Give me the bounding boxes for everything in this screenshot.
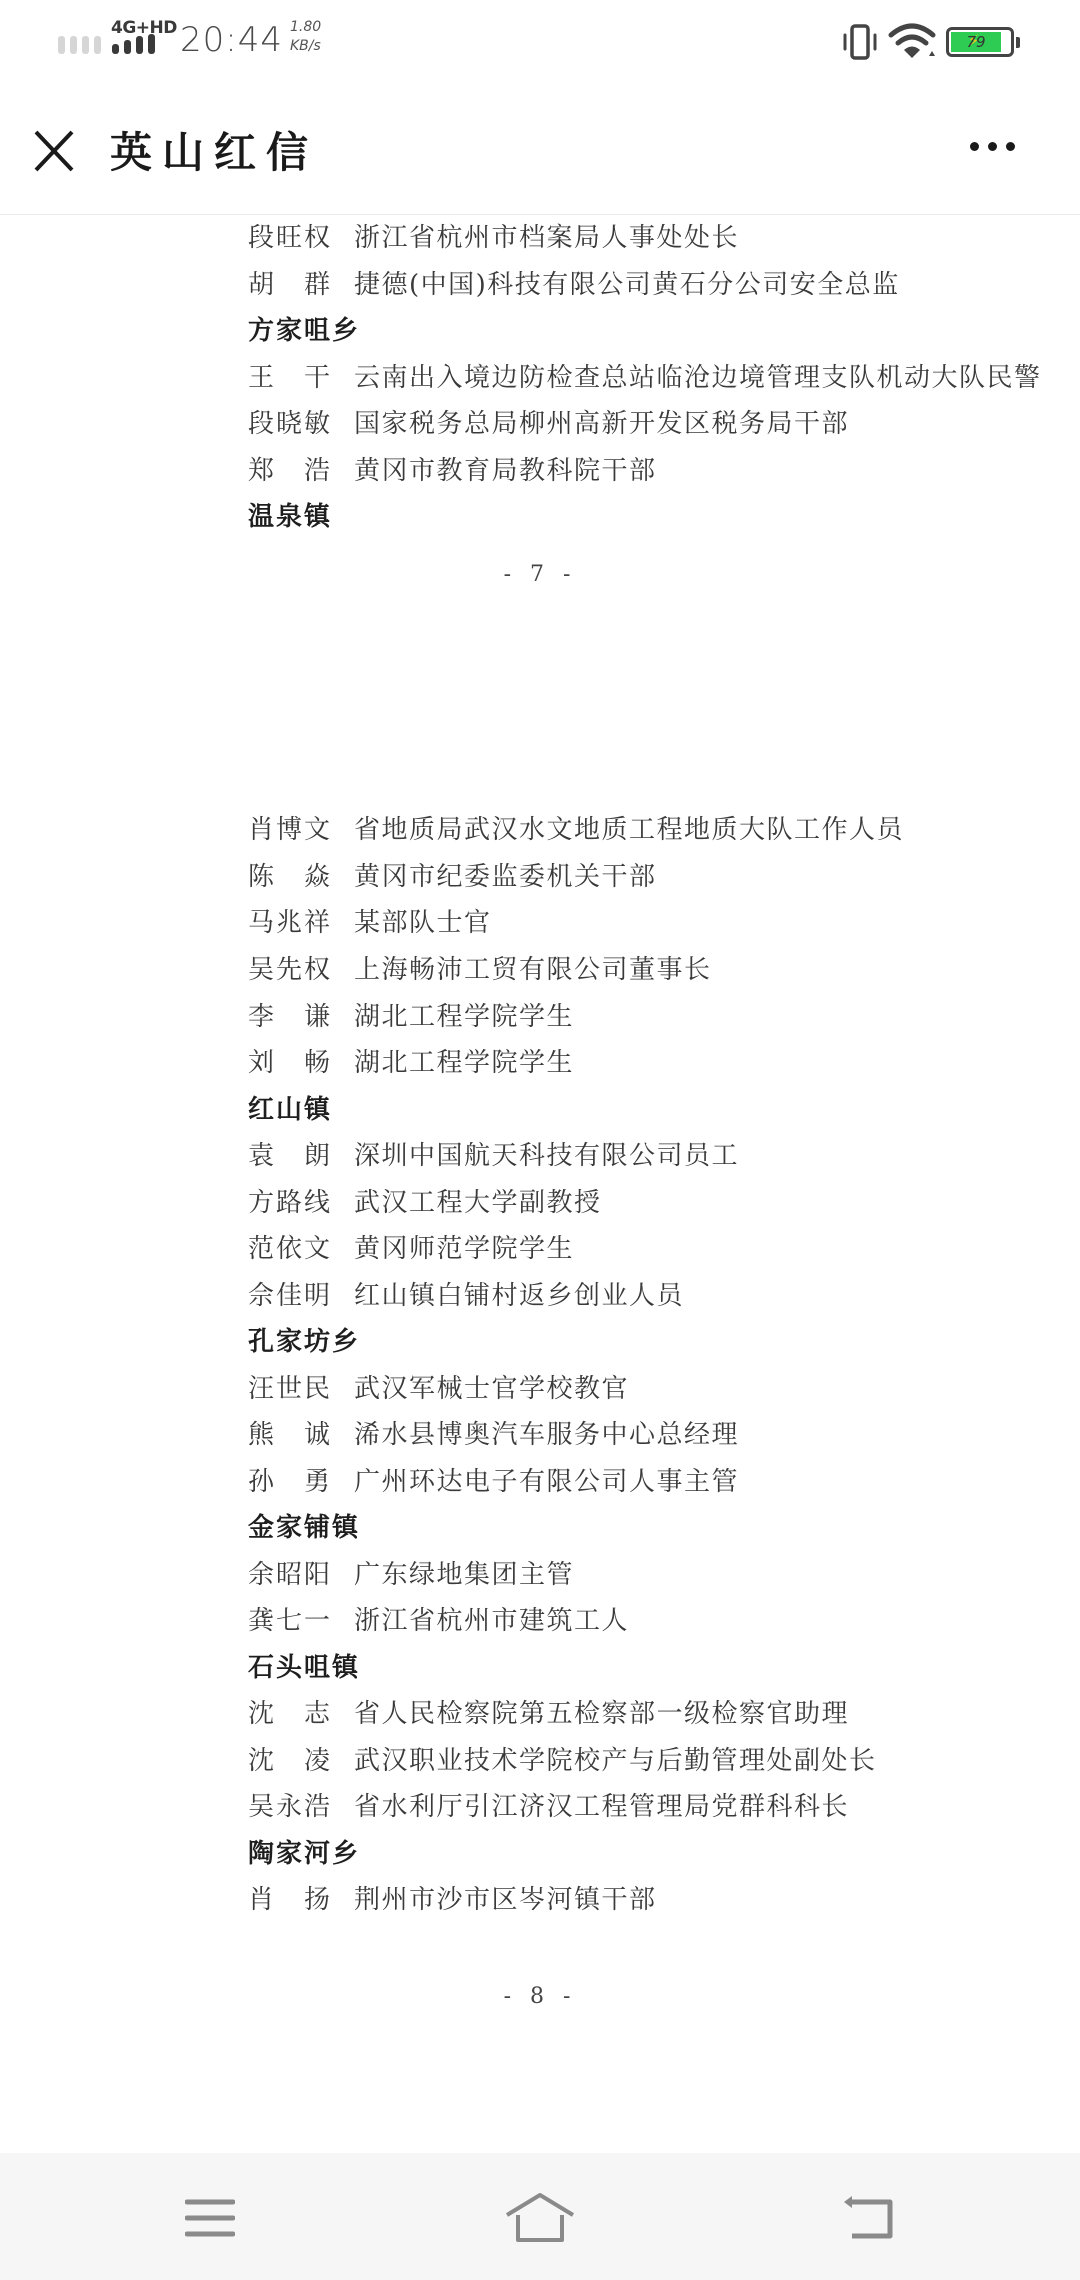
wifi-icon [888,22,938,62]
person-name: 肖 扬 [248,1880,354,1920]
person-title: 黄冈市纪委监委机关干部 [354,857,657,897]
list-item: 陈 焱黄冈市纪委监委机关干部 [248,857,657,897]
person-name: 汪世民 [248,1369,354,1409]
list-item: 李 谦湖北工程学院学生 [248,997,574,1037]
section-heading: 金家铺镇 [248,1508,360,1548]
person-title: 省人民检察院第五检察部一级检察官助理 [354,1694,849,1734]
list-item: 沈 凌武汉职业技术学院校产与后勤管理处副处长 [248,1741,877,1781]
section-heading: 方家咀乡 [248,311,360,351]
person-title: 深圳中国航天科技有限公司员工 [354,1136,739,1176]
person-name: 刘 畅 [248,1043,354,1083]
person-name: 范依文 [248,1229,354,1269]
person-title: 湖北工程学院学生 [354,997,574,1037]
page-title: 英山红信 [110,120,318,180]
person-title: 浠水县博奥汽车服务中心总经理 [354,1415,739,1455]
person-name: 沈 志 [248,1694,354,1734]
person-name: 郑 浩 [248,451,354,491]
section-heading: 陶家河乡 [248,1834,360,1874]
document-viewer[interactable]: 段旺权浙江省杭州市档案局人事处处长 胡 群捷德(中国)科技有限公司黄石分公司安全… [0,216,1080,2153]
person-name: 段晓敏 [248,404,354,444]
home-button[interactable] [500,2183,580,2253]
person-title: 黄冈师范学院学生 [354,1229,574,1269]
battery-tip [1016,37,1020,48]
person-title: 武汉军械士官学校教官 [354,1369,629,1409]
person-name: 龚七一 [248,1601,354,1641]
network-speed-unit: KB/s [290,37,321,56]
list-item: 佘佳明红山镇白铺村返乡创业人员 [248,1276,684,1316]
title-bar: 英山红信 [0,90,1080,215]
more-options-button[interactable] [970,142,1015,151]
status-bar: 4G+HD 20:44 1.80 KB/s ⚡ 79 [0,0,1080,90]
list-item: 马兆祥某部队士官 [248,903,492,943]
person-name: 佘佳明 [248,1276,354,1316]
person-title: 广州环达电子有限公司人事主管 [354,1462,739,1502]
list-item: 吴先权上海畅沛工贸有限公司董事长 [248,950,712,990]
signal-strength-icon-sim2 [112,34,155,54]
person-title: 黄冈市教育局教科院干部 [354,451,657,491]
close-button[interactable] [30,126,80,176]
list-item: 段晓敏国家税务总局柳州高新开发区税务局干部 [248,404,849,444]
vibrate-icon [840,24,880,60]
person-title: 湖北工程学院学生 [354,1043,574,1083]
list-item: 吴永浩省水利厅引江济汉工程管理局党群科科长 [248,1787,849,1827]
person-name: 孙 勇 [248,1462,354,1502]
list-item: 肖 扬荆州市沙市区岑河镇干部 [248,1880,657,1920]
person-name: 吴先权 [248,950,354,990]
person-name: 袁 朗 [248,1136,354,1176]
person-title: 国家税务总局柳州高新开发区税务局干部 [354,404,849,444]
battery-level: 79 [949,30,1003,54]
person-name: 陈 焱 [248,857,354,897]
list-item: 袁 朗深圳中国航天科技有限公司员工 [248,1136,739,1176]
menu-icon [185,2198,235,2238]
more-icon-dot [970,142,979,151]
section-heading: 红山镇 [248,1090,332,1130]
person-title: 浙江省杭州市档案局人事处处长 [354,218,739,258]
person-name: 余昭阳 [248,1555,354,1595]
list-item: 熊 诚浠水县博奥汽车服务中心总经理 [248,1415,739,1455]
person-title: 捷德(中国)科技有限公司黄石分公司安全总监 [354,265,900,305]
more-icon-dot [988,142,997,151]
section-heading: 孔家坊乡 [248,1322,360,1362]
person-name: 段旺权 [248,218,354,258]
person-title: 广东绿地集团主管 [354,1555,574,1595]
page-number: - 7 - [0,562,1080,587]
person-title: 省地质局武汉水文地质工程地质大队工作人员 [354,810,904,850]
back-icon [842,2195,898,2241]
system-nav-bar [0,2153,1080,2280]
person-title: 荆州市沙市区岑河镇干部 [354,1880,657,1920]
list-item: 沈 志省人民检察院第五检察部一级检察官助理 [248,1694,849,1734]
menu-button[interactable] [170,2183,250,2253]
person-name: 肖博文 [248,810,354,850]
person-name: 胡 群 [248,265,354,305]
person-title: 上海畅沛工贸有限公司董事长 [354,950,712,990]
network-speed: 1.80 KB/s [290,18,321,56]
close-icon [30,126,80,176]
person-name: 方路线 [248,1183,354,1223]
list-item: 胡 群捷德(中国)科技有限公司黄石分公司安全总监 [248,265,900,305]
person-title: 云南出入境边防检查总站临沧边境管理支队机动大队民警 [354,358,1042,398]
list-item: 龚七一浙江省杭州市建筑工人 [248,1601,629,1641]
home-icon [505,2193,575,2243]
section-heading: 石头咀镇 [248,1648,360,1688]
back-button[interactable] [830,2183,910,2253]
list-item: 刘 畅湖北工程学院学生 [248,1043,574,1083]
person-name: 吴永浩 [248,1787,354,1827]
list-item: 方路线武汉工程大学副教授 [248,1183,602,1223]
person-title: 某部队士官 [354,903,492,943]
person-title: 武汉职业技术学院校产与后勤管理处副处长 [354,1741,877,1781]
person-name: 王 干 [248,358,354,398]
page-number: - 8 - [0,1984,1080,2009]
list-item: 郑 浩黄冈市教育局教科院干部 [248,451,657,491]
list-item: 王 干云南出入境边防检查总站临沧边境管理支队机动大队民警 [248,358,1042,398]
person-title: 浙江省杭州市建筑工人 [354,1601,629,1641]
person-title: 红山镇白铺村返乡创业人员 [354,1276,684,1316]
list-item: 汪世民武汉军械士官学校教官 [248,1369,629,1409]
list-item: 孙 勇广州环达电子有限公司人事主管 [248,1462,739,1502]
network-speed-value: 1.80 [290,18,321,37]
battery-icon: ⚡ 79 [946,27,1014,57]
person-title: 省水利厅引江济汉工程管理局党群科科长 [354,1787,849,1827]
person-name: 李 谦 [248,997,354,1037]
person-name: 马兆祥 [248,903,354,943]
person-name: 熊 诚 [248,1415,354,1455]
list-item: 余昭阳广东绿地集团主管 [248,1555,574,1595]
person-title: 武汉工程大学副教授 [354,1183,602,1223]
more-icon-dot [1006,142,1015,151]
section-heading: 温泉镇 [248,497,332,537]
list-item: 段旺权浙江省杭州市档案局人事处处长 [248,218,739,258]
person-name: 沈 凌 [248,1741,354,1781]
list-item: 范依文黄冈师范学院学生 [248,1229,574,1269]
list-item: 肖博文省地质局武汉水文地质工程地质大队工作人员 [248,810,904,850]
signal-strength-icon-sim1 [58,36,101,54]
clock: 20:44 [180,20,283,60]
